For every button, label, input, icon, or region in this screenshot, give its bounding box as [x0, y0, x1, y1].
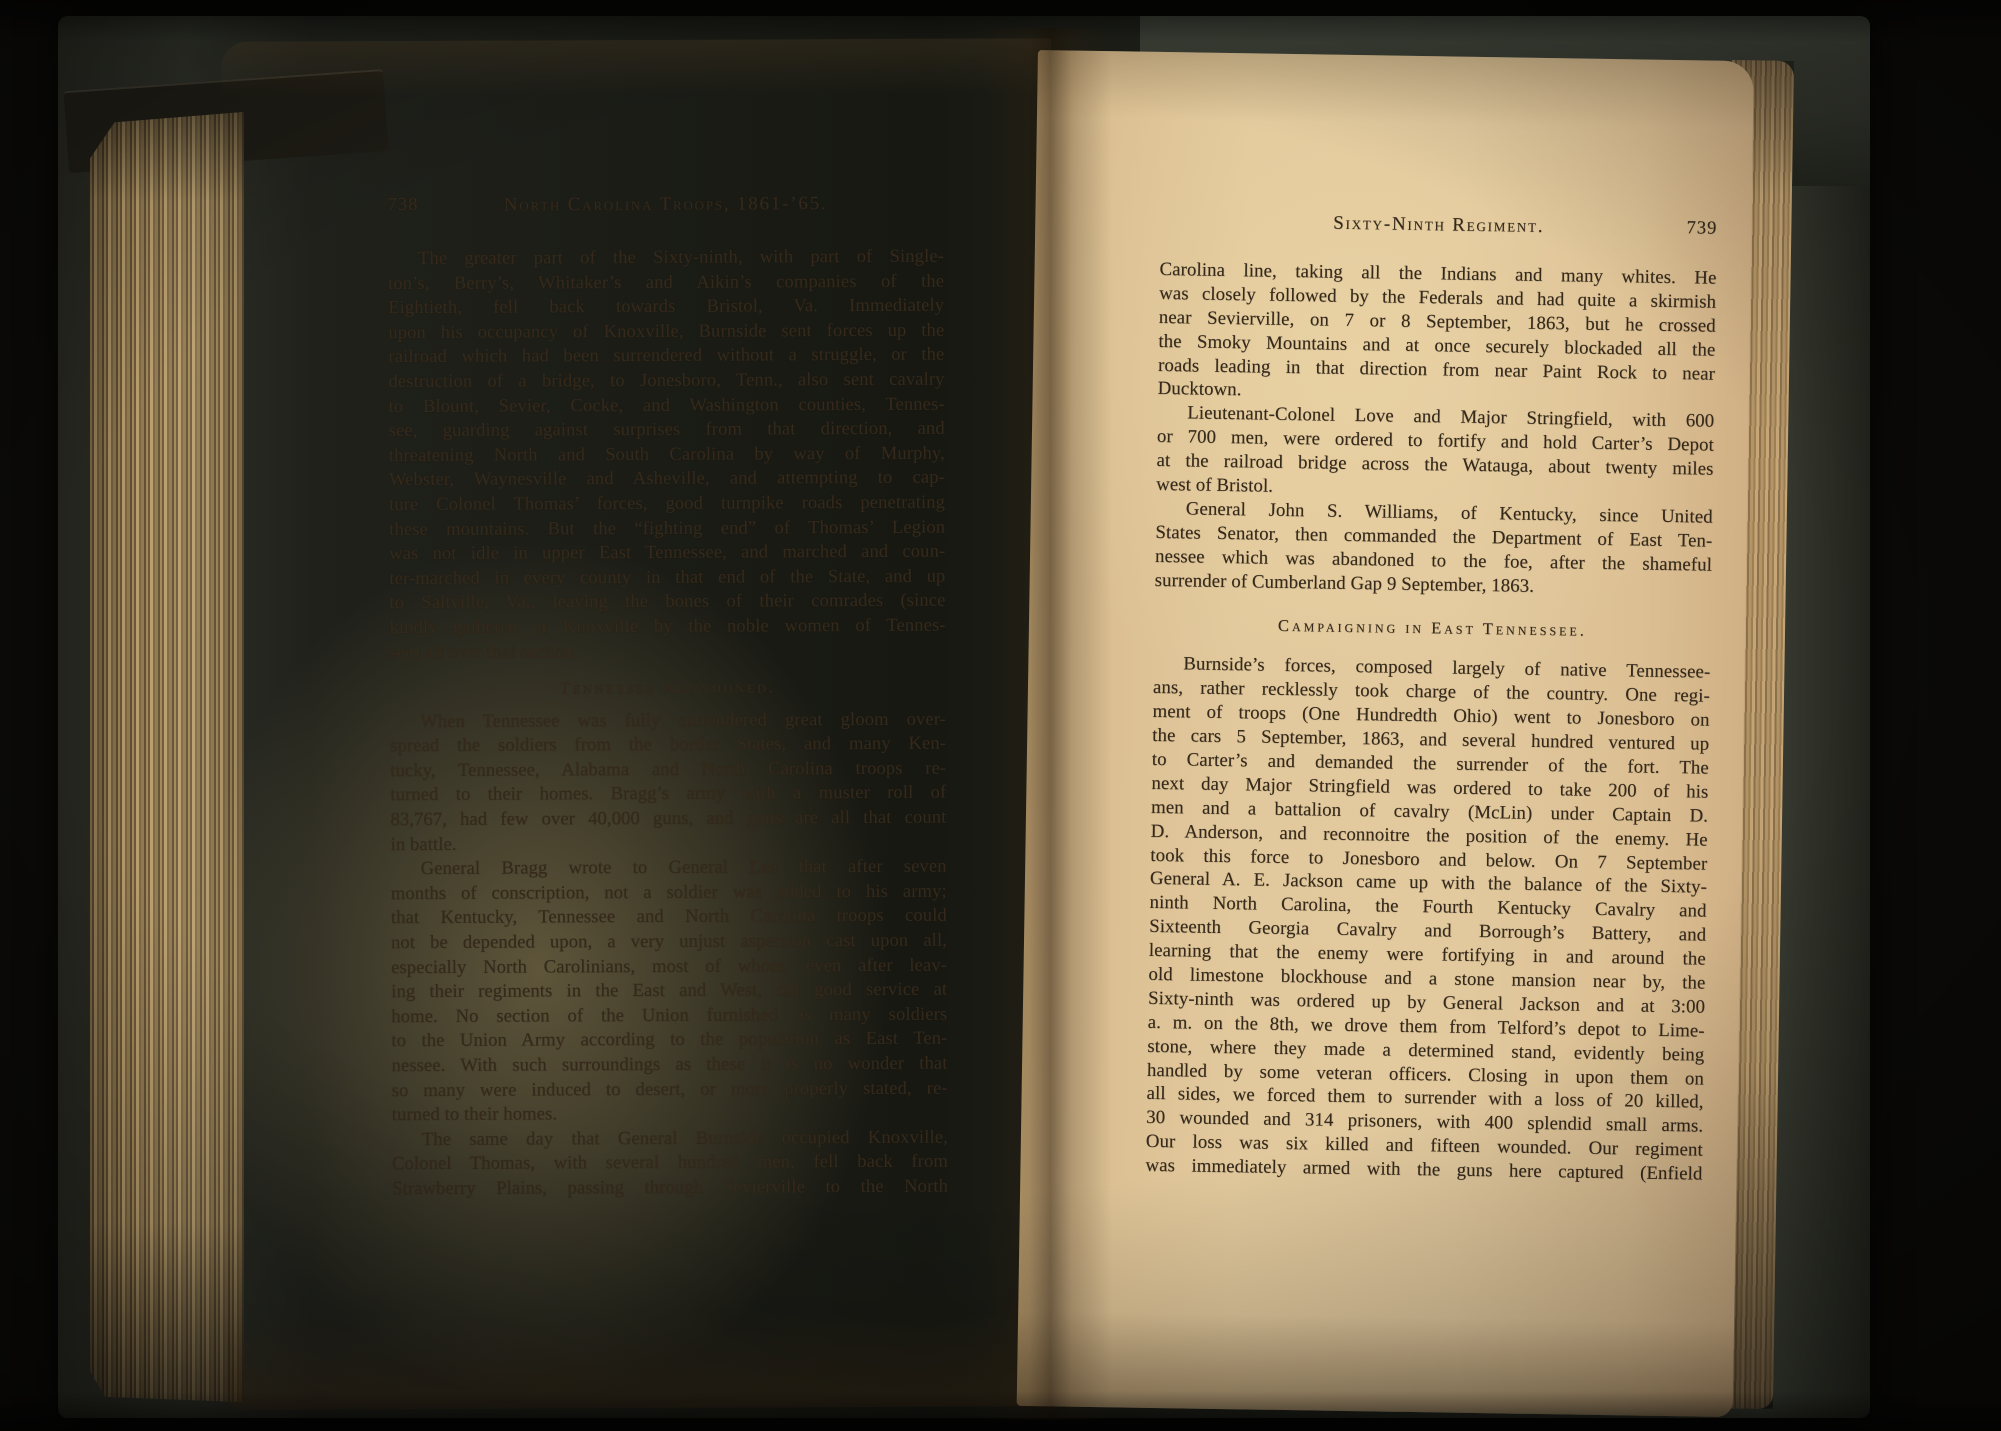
section-heading: Tennessee Abandoned. [390, 675, 946, 702]
text-line: General A. E. Jackson came up with the b… [1150, 867, 1707, 900]
right-page-header-row: Sixty-Ninth Regiment. 739 [1160, 210, 1717, 247]
text-line: nessee which was abandoned to the foe, a… [1155, 545, 1712, 578]
text-line: or 700 men, were ordered to fortify and … [1157, 425, 1714, 458]
right-page: Sixty-Ninth Regiment. 739 Carolina line,… [1017, 50, 1754, 1417]
text-line: Strawberry Plains, passing through Sevie… [392, 1175, 948, 1202]
text-line: States Senator, then commanded the Depar… [1155, 521, 1712, 554]
text-line: ment of troops (One Hundredth Ohio) went… [1152, 700, 1709, 733]
right-page-number: 739 [1686, 218, 1717, 239]
section-heading: Campaigning in East Tennessee. [1154, 612, 1711, 645]
text-line: see) all over that section. [390, 638, 946, 665]
text-line: General John S. Williams, of Kentucky, s… [1156, 497, 1713, 530]
left-page: 738 North Carolina Troops, 1861-’65. The… [221, 38, 1057, 1410]
text-line: Webster, Waynesville and Asheville, and … [389, 466, 945, 493]
text-line: was closely followed by the Federals and… [1159, 282, 1716, 315]
text-line: ing their regiments in the East and West… [391, 978, 947, 1005]
text-line: ture Colonel Thomas’ forces, good turnpi… [389, 491, 945, 518]
right-page-body: Carolina line, taking all the Indians an… [1145, 258, 1716, 1187]
text-line: so many were induced to desert, or more … [392, 1076, 948, 1103]
text-line: ans, rather recklessly took charge of th… [1153, 676, 1710, 709]
text-line: home. No section of the Union furnished … [391, 1002, 947, 1029]
text-line: to Blount, Sevier, Cocke, and Washington… [389, 392, 945, 419]
text-line: to Saltville, Va., leaving the bones of … [389, 589, 945, 616]
text-line: The same day that General Burnside occup… [392, 1125, 948, 1152]
text-line: Colonel Thomas, with several hundred men… [392, 1150, 948, 1177]
text-line: threatening North and South Carolina by … [389, 441, 945, 468]
text-line: Carolina line, taking all the Indians an… [1159, 258, 1716, 291]
text-line: a. m. on the 8th, we drove them from Tel… [1148, 1011, 1705, 1044]
left-running-header: North Carolina Troops, 1861-’65. [388, 193, 944, 217]
text-line: Lieutenant-Colonel Love and Major String… [1157, 401, 1714, 434]
text-line: that Kentucky, Tennessee and North Carol… [391, 904, 947, 931]
text-line: 83,767, had few over 40,000 guns, and gu… [390, 806, 946, 833]
text-line: railroad which had been surrendered with… [388, 343, 944, 370]
text-line: turned to their homes. [392, 1101, 948, 1128]
text-line: not be depended upon, a very unjust aspe… [391, 929, 947, 956]
text-line: Burnside’s forces, composed largely of n… [1153, 652, 1710, 685]
text-line: the cars 5 September, 1863, and several … [1152, 724, 1709, 757]
text-line: learning that the enemy were fortifying … [1149, 939, 1706, 972]
text-line: handled by some veteran officers. Closin… [1147, 1058, 1704, 1091]
book-photo-scene: 738 North Carolina Troops, 1861-’65. The… [0, 0, 2001, 1431]
page-stack-fore-edge [90, 112, 244, 1402]
text-line: old limestone blockhouse and a stone man… [1148, 963, 1705, 996]
text-line: months of conscription, not a soldier wa… [391, 880, 947, 907]
text-line: to the Union Army according to the popul… [391, 1027, 947, 1054]
text-line: stone, where they made a determined stan… [1147, 1034, 1704, 1067]
text-line: all sides, we forced them to surrender w… [1146, 1082, 1703, 1115]
text-line: 30 wounded and 314 prisoners, with 400 s… [1146, 1106, 1703, 1139]
text-line: roads leading in that direction from nea… [1158, 353, 1715, 386]
text-line: the Smoky Mountains and at once securely… [1158, 330, 1715, 363]
left-page-number: 738 [388, 195, 419, 216]
text-line: Ducktown. [1157, 377, 1714, 410]
text-line: Eightieth, fell back towards Bristol, Va… [388, 294, 944, 321]
text-line: was immediately armed with the guns here… [1145, 1154, 1702, 1187]
text-line: ton’s, Berry’s, Whitaker’s and Aikin’s c… [388, 269, 944, 296]
text-line: When Tennessee was fully surrendered gre… [390, 707, 946, 734]
text-line: Sixty-ninth was ordered up by General Ja… [1148, 987, 1705, 1020]
text-line: spread the soldiers from the border Stat… [390, 732, 946, 759]
text-line: next day Major Stringfield was ordered t… [1151, 772, 1708, 805]
text-line: The greater part of the Sixty-ninth, wit… [388, 245, 944, 272]
left-page-header-row: 738 North Carolina Troops, 1861-’65. [388, 193, 944, 223]
text-line: these mountains. But the “fighting end” … [389, 515, 945, 542]
text-line: nessee. With such surroundings as these … [391, 1052, 947, 1079]
text-line: see, guarding against surprises from tha… [389, 417, 945, 444]
text-line: ninth North Carolina, the Fourth Kentuck… [1149, 891, 1706, 924]
text-line: surrender of Cumberland Gap 9 September,… [1154, 568, 1711, 601]
text-line: men and a battalion of cavalry (McLin) u… [1151, 796, 1708, 829]
text-line: turned to their homes. Bragg’s army with… [390, 781, 946, 808]
text-line: especially North Carolinians, most of wh… [391, 953, 947, 980]
text-line: ter-marched in every county in that end … [389, 564, 945, 591]
text-line: near Sevierville, on 7 or 8 September, 1… [1159, 306, 1716, 339]
text-line: Our loss was six killed and fifteen woun… [1146, 1130, 1703, 1163]
text-line: D. Anderson, and reconnoitre the positio… [1151, 819, 1708, 852]
text-line: at the railroad bridge across the Wataug… [1156, 449, 1713, 482]
text-line: to Carter’s and demanded the surrender o… [1152, 748, 1709, 781]
text-line: Sixteenth Georgia Cavalry and Borrough’s… [1149, 915, 1706, 948]
text-line: was not idle in upper East Tennessee, an… [389, 540, 945, 567]
text-line: west of Bristol. [1156, 473, 1713, 506]
text-line: tucky, Tennessee, Alabama and North Caro… [390, 757, 946, 784]
text-line: took this force to Jonesboro and below. … [1150, 843, 1707, 876]
text-line: General Bragg wrote to General Lee that … [391, 855, 947, 882]
left-page-body: The greater part of the Sixty-ninth, wit… [388, 245, 948, 1202]
text-line: destruction of a bridge, to Jonesboro, T… [388, 368, 944, 395]
text-line: kindly gathered at Knoxville by the nobl… [390, 614, 946, 641]
right-running-header: Sixty-Ninth Regiment. [1160, 210, 1717, 241]
text-line: upon his occupancy of Knoxville, Burnsid… [388, 318, 944, 345]
text-line: in battle. [390, 830, 946, 857]
